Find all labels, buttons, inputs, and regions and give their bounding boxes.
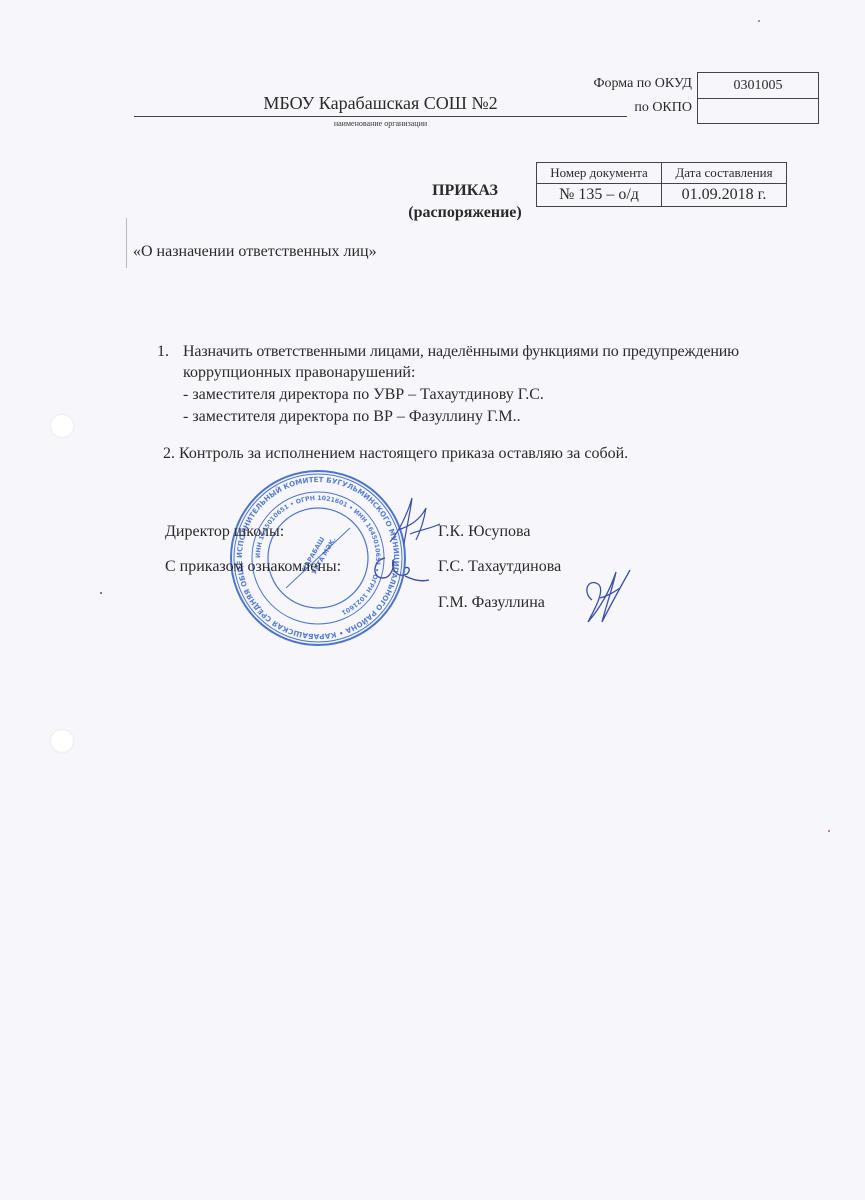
fazullina-signature-icon: [570, 562, 635, 632]
okpo-value: [698, 99, 818, 124]
director-label: Директор школы:: [165, 523, 284, 541]
svg-text:ИНН 1645010651 • ОГРН 1021601: ИНН 1645010651 • ОГРН 1021601 • ИНН 1645…: [255, 495, 381, 616]
item1-text-line2: коррупционных правонарушений:: [183, 363, 415, 383]
doc-number-header: Номер документа: [537, 163, 662, 184]
item1-assignee-2: - заместителя директора по ВР – Фазуллин…: [183, 407, 521, 427]
organization-caption: наименование организации: [134, 119, 627, 128]
document-title: ПРИКАЗ: [390, 182, 540, 200]
acquainted-name-2: Г.М. Фазуллина: [438, 594, 545, 612]
document-subtitle: (распоряжение): [390, 204, 540, 222]
order-subject: «О назначении ответственных лиц»: [133, 243, 377, 261]
organization-underline: [134, 116, 627, 117]
margin-rule: [126, 218, 127, 268]
item2-text: 2. Контроль за исполнением настоящего пр…: [163, 444, 628, 464]
item1-assignee-1: - заместителя директора по УВР – Тахаутд…: [183, 385, 544, 405]
paper-speck: [100, 592, 102, 594]
tahautdinova-signature-icon: [365, 548, 435, 588]
paper-speck: [758, 20, 760, 22]
item1-number: 1.: [157, 342, 169, 362]
organization-name: МБОУ Карабашская СОШ №2: [134, 93, 627, 114]
doc-number-value: № 135 – о/д: [537, 184, 662, 207]
paper-speck: [828, 830, 830, 832]
doc-date-header: Дата составления: [662, 163, 787, 184]
doc-date-value: 01.09.2018 г.: [662, 184, 787, 207]
acquainted-label: С приказом ознакомлены:: [165, 558, 341, 576]
acquainted-name-1: Г.С. Тахаутдинова: [438, 558, 561, 576]
director-name: Г.К. Юсупова: [438, 523, 530, 541]
okud-value: 0301005: [698, 73, 818, 99]
document-number-table: Номер документа Дата составления № 135 –…: [536, 162, 787, 207]
punch-hole-top: [50, 414, 74, 438]
item1-text-line1: Назначить ответственными лицами, наделён…: [183, 342, 739, 362]
punch-hole-bottom: [50, 729, 74, 753]
director-signature-icon: [380, 490, 450, 550]
okud-label: Форма по ОКУД: [560, 76, 692, 92]
okud-code-box: 0301005: [697, 72, 819, 124]
